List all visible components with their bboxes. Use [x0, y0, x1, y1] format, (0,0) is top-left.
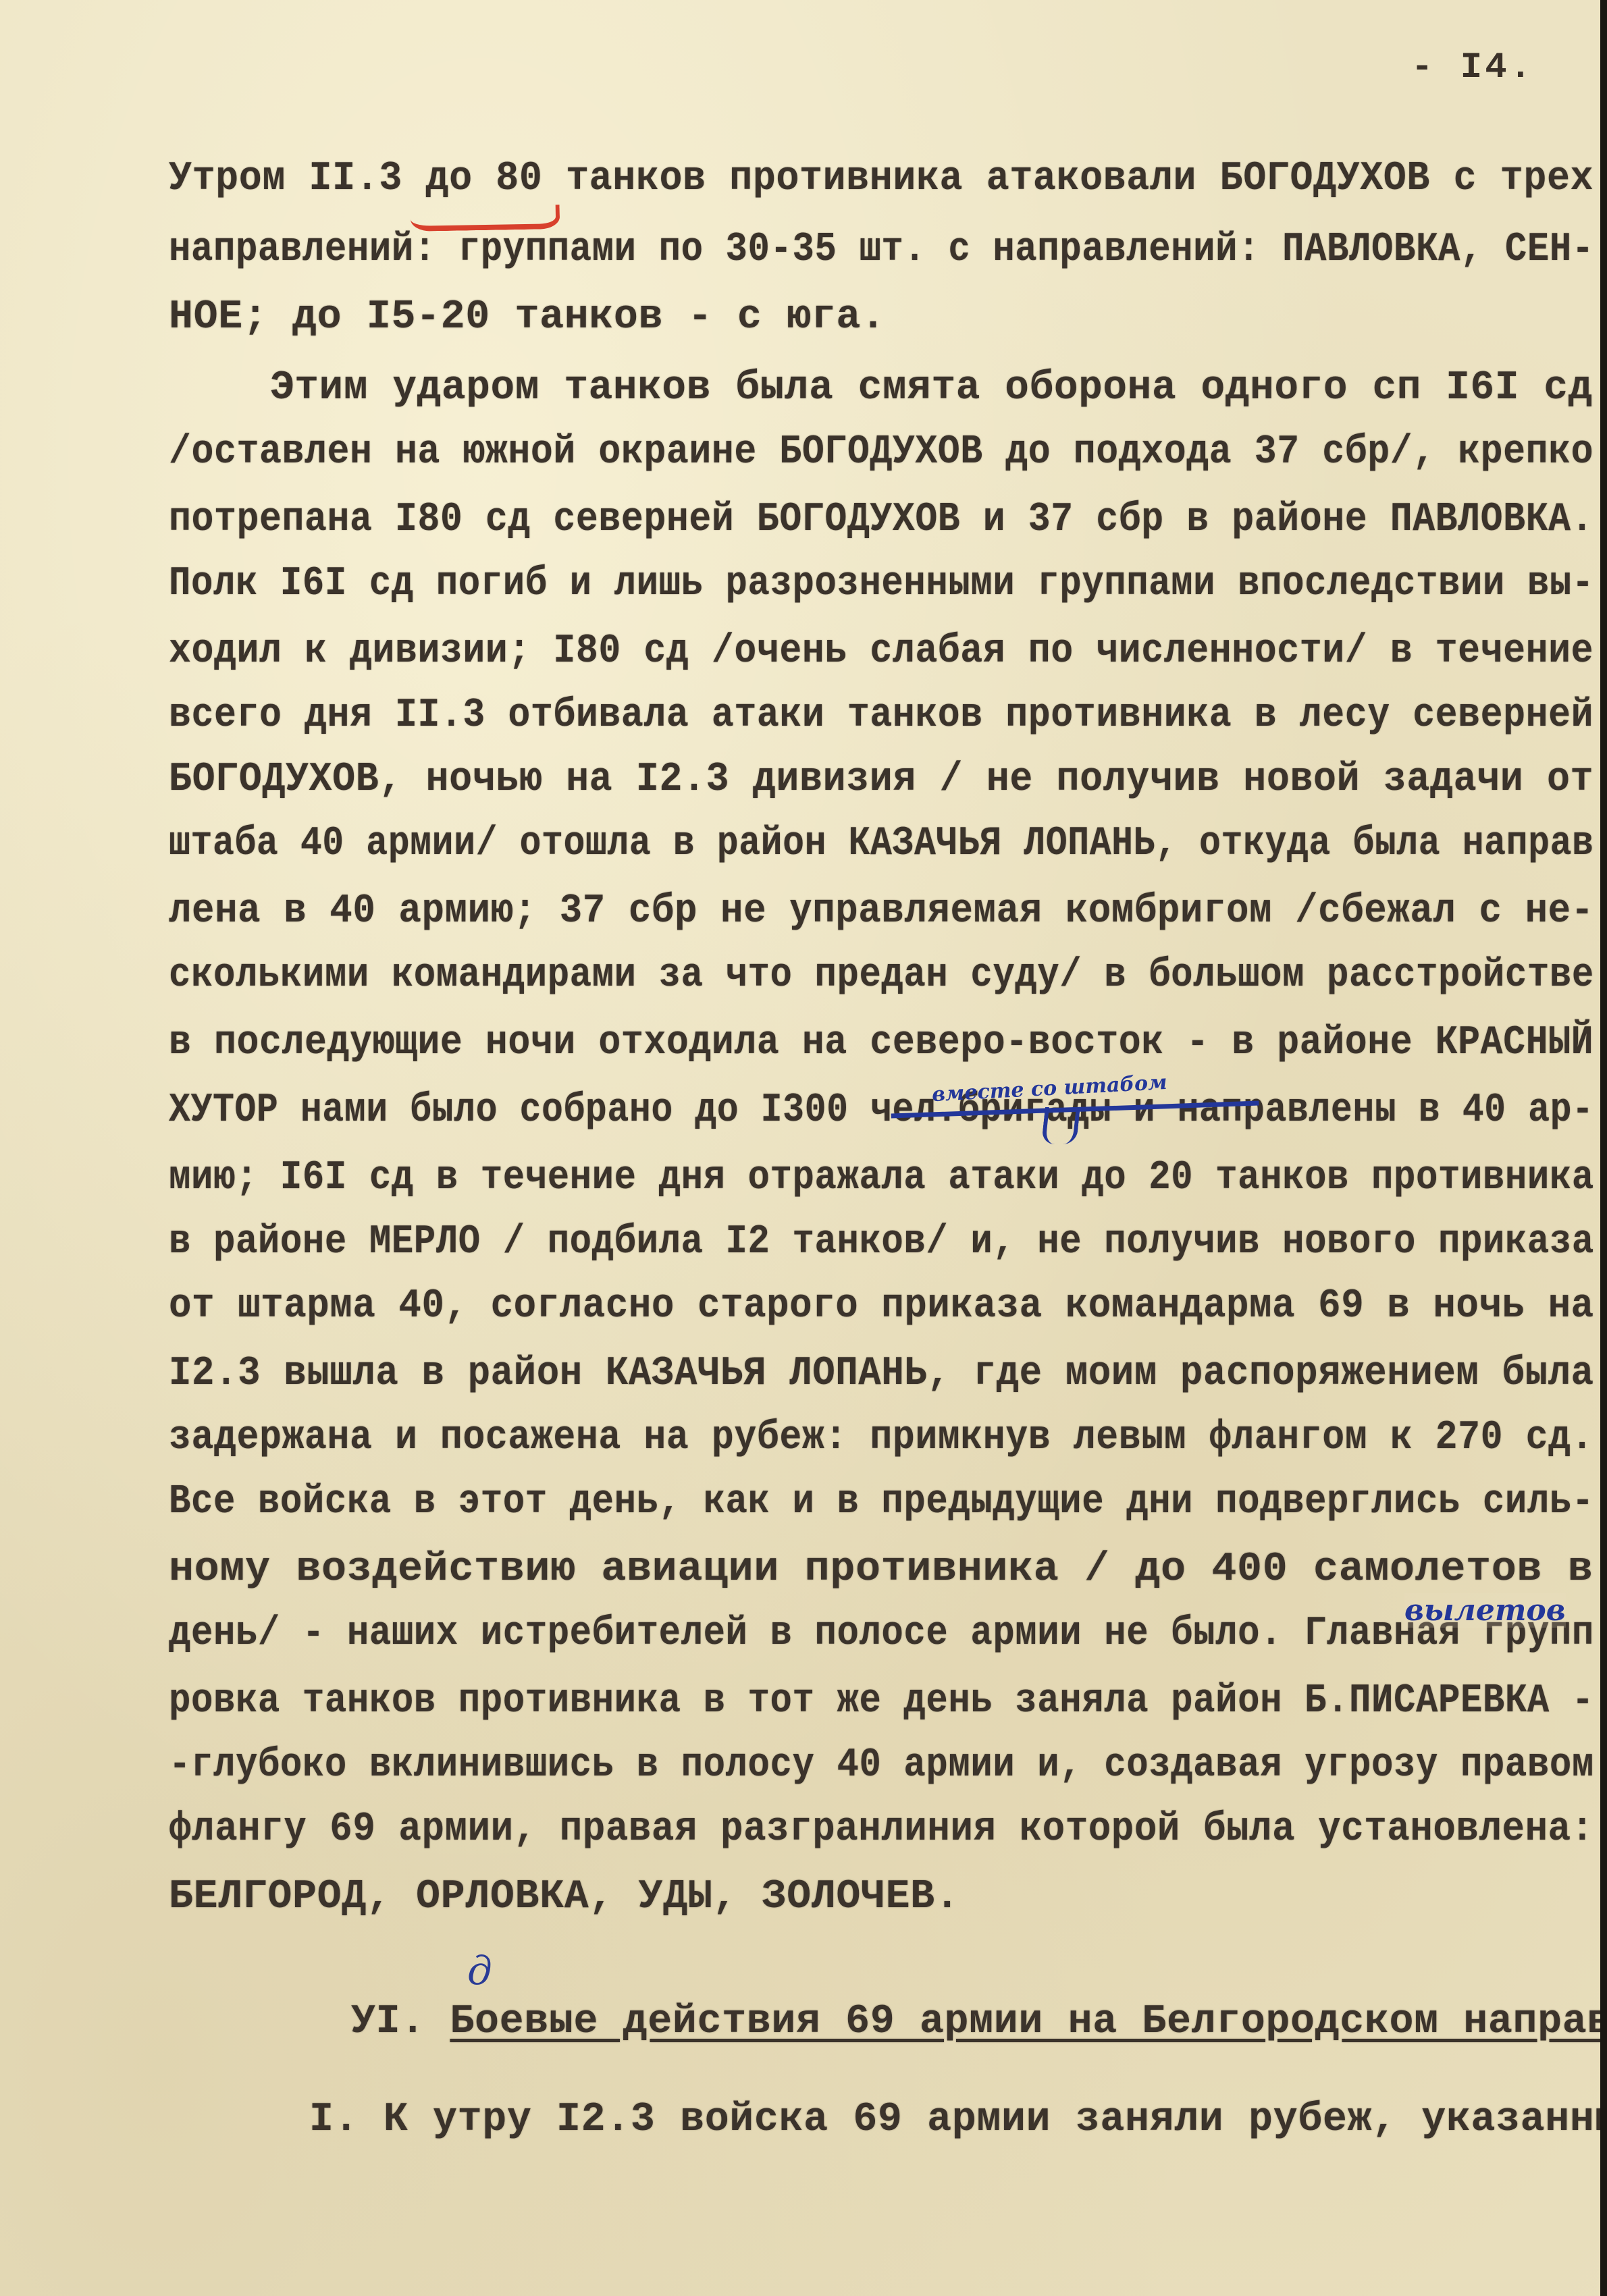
text-line: всего дня II.3 отбивала атаки танков про… [169, 689, 1593, 743]
text-line: в последующие ночи отходила на северо-во… [169, 1016, 1593, 1070]
text-line: направлений: группами по 30-35 шт. с нап… [169, 223, 1594, 277]
text-line: ХУТОР нами было собрано до I300 чел.бриг… [169, 1084, 1594, 1138]
text-line: БЕЛГОРОД, ОРЛОВКА, УДЫ, ЗОЛОЧЕВ. [169, 1870, 959, 1924]
text-line: Этим ударом танков была смята оборона од… [270, 361, 1593, 415]
text-line: Все войска в этот день, как и в предыдущ… [169, 1475, 1594, 1529]
insert-caret-mark [1041, 1107, 1080, 1144]
text-line: ному воздействию авиации противника / до… [169, 1543, 1593, 1597]
handwritten-correction-sorties: вылетов [1404, 1593, 1566, 1628]
text-line: БОГОДУХОВ, ночью на I2.3 дивизия / не по… [169, 753, 1593, 807]
handwritten-correction-letter: д [467, 1948, 492, 1994]
text-line: -глубоко вклинившись в полосу 40 армии и… [169, 1738, 1594, 1792]
text-line: штаба 40 армии/ отошла в район КАЗАЧЬЯ Л… [169, 817, 1594, 871]
text-line: Полк I6I сд погиб и лишь разрозненными г… [169, 557, 1594, 611]
text-line: /оставлен на южной окраине БОГОДУХОВ до … [169, 425, 1593, 479]
paragraph-start-line: I. К утру I2.3 войска 69 армии заняли ру… [309, 2093, 1600, 2147]
text-line: в районе МЕРЛО / подбила I2 танков/ и, н… [169, 1215, 1594, 1269]
text-line: сколькими командирами за что предан суду… [169, 949, 1594, 1003]
text-line: мию; I6I сд в течение дня отражала атаки… [169, 1151, 1594, 1205]
document-page: - I4. Утром II.3 до 80 танков противника… [0, 0, 1600, 2296]
text-line: I2.3 вышла в район КАЗАЧЬЯ ЛОПАНЬ, где м… [169, 1347, 1594, 1401]
text-line: Утром II.3 до 80 танков противника атако… [169, 152, 1593, 206]
text-line: задержана и посажена на рубеж: примкнув … [169, 1411, 1593, 1465]
text-line: флангу 69 армии, правая разгранлиния кот… [169, 1803, 1594, 1857]
text-line: ровка танков противника в тот же день за… [169, 1674, 1594, 1728]
text-line: потрепана I80 сд северней БОГОДУХОВ и 37… [169, 493, 1593, 547]
page-number: - I4. [1411, 47, 1534, 88]
section-heading: УI. Боевые действия 69 армии на Белгород… [351, 1995, 1600, 2049]
section-number: УI. [351, 1999, 425, 2045]
section-title: Боевые действия 69 армии на Белгородском… [450, 1999, 1600, 2045]
text-line: день/ - наших истребителей в полосе арми… [169, 1607, 1594, 1661]
text-line: ходил к дивизии; I80 сд /очень слабая по… [169, 624, 1593, 678]
text-line: НОЕ; до I5-20 танков - с юга. [169, 290, 886, 344]
text-line: от штарма 40, согласно старого приказа к… [169, 1279, 1594, 1333]
text-line: лена в 40 армию; 37 сбр не управляемая к… [169, 884, 1594, 938]
